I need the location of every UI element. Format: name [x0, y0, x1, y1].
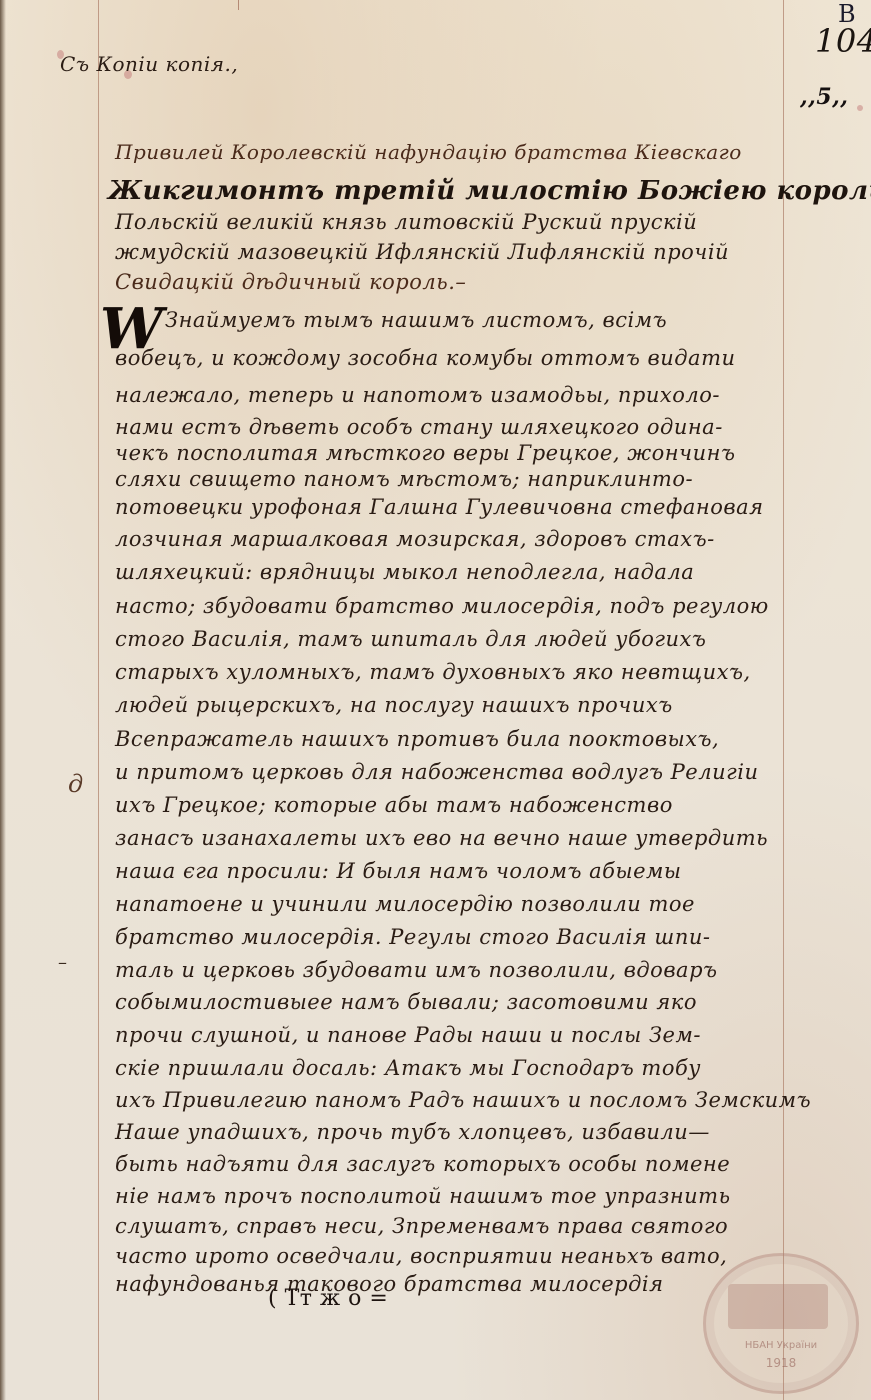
body-line: скіе пришлали досаль: Атакъ мы Господаръ…	[115, 1056, 701, 1080]
body-line: Наше упадшихъ, прочь тубъ хлопцевъ, изба…	[115, 1120, 710, 1144]
body-line: ихъ Грецкое; которые абы тамъ набоженств…	[115, 793, 673, 817]
body-line: вобецъ, и кождому зособна комубы оттомъ …	[115, 346, 736, 370]
copy-heading: Съ Копіи копія.,	[60, 52, 238, 76]
body-line: быть надъяти для заслугъ которыхъ особы …	[115, 1152, 730, 1176]
body-line: таль и церковь збудовати имъ позволили, …	[115, 958, 718, 982]
body-line: Жикгимонтъ третій милостію Божіею король	[108, 176, 871, 206]
ink-spot	[857, 105, 863, 111]
body-line: жмудскій мазовецкій Ифлянскій Лифлянскій…	[115, 240, 729, 264]
body-line: занасъ изанахалеты ихъ ево на вечно наше…	[115, 826, 768, 850]
top-margin-rule	[238, 0, 239, 10]
body-line: сляхи свището паномъ мѣстомъ; наприклинт…	[115, 467, 693, 491]
body-line: ихъ Привилегию паномъ Радъ нашихъ и посл…	[115, 1088, 811, 1112]
body-line: собымилостивыее намъ бывали; засотовими …	[115, 990, 697, 1014]
body-line: слушатъ, справъ неси, Зпременвамъ права …	[115, 1214, 728, 1238]
body-line: Свидацкій дѣдичный король.–	[115, 270, 466, 294]
body-line: и притомъ церковь для набоженства водлуг…	[115, 760, 759, 784]
body-line: стого Василія, тамъ шпиталь для людей уб…	[115, 627, 706, 651]
margin-dash: –	[58, 952, 68, 973]
body-line: належало, теперь и напотомъ изамодьы, пр…	[115, 383, 720, 407]
body-line: старыхъ хуломныхъ, тамъ духовныхъ яко не…	[115, 660, 751, 684]
body-line: лозчиная маршалковая мозирская, здоровъ …	[115, 527, 715, 551]
left-margin-rule	[98, 0, 99, 1400]
body-line: Знаймуемъ тымъ нашимъ листомъ, всімъ	[165, 308, 667, 332]
body-line: напатоене и учинили милосердію позволили…	[115, 892, 695, 916]
body-line: нафундованья такового братства милосерді…	[115, 1272, 664, 1296]
body-line: прочи слушной, и панове Рады наши и посл…	[115, 1023, 701, 1047]
library-stamp: НБАН України 1918	[703, 1253, 859, 1394]
body-line: насто; збудовати братство милосердія, по…	[115, 594, 769, 618]
folio-number: 104	[815, 22, 871, 60]
body-line: часто ирото осведчали, восприятии неаньх…	[115, 1244, 727, 1268]
margin-note: д	[68, 770, 84, 798]
body-line: ніе намъ прочъ посполитой нашимъ тое упр…	[115, 1184, 731, 1208]
body-line: Польскій великій князь литовскій Руский …	[115, 210, 697, 234]
body-line: наша єга просили: И быля намъ чоломъ абы…	[115, 859, 682, 883]
closing-mark: ( Тт ж о =	[268, 1286, 388, 1311]
stamp-year: 1918	[706, 1356, 856, 1370]
page-marker: ,,5,,	[800, 84, 848, 110]
manuscript-page: В 104 ,,5,, Съ Копіи копія., Привилей Ко…	[0, 0, 871, 1400]
body-line: чекъ посполитая мѣсткого веры Грецкое, ж…	[115, 441, 735, 465]
stamp-text: НБАН України	[706, 1340, 856, 1351]
right-margin-rule	[783, 0, 784, 1400]
title-line: Привилей Королевскій нафундацію братства…	[115, 140, 742, 164]
page-edge-shadow	[0, 0, 6, 1400]
body-line: шляхецкий: врядницы мыкол неподлегла, на…	[115, 560, 694, 584]
body-line: Всепражатель нашихъ противъ била пооктов…	[115, 727, 719, 751]
body-line: потовецки урофоная Галшна Гулевичовна ст…	[115, 495, 764, 519]
body-line: людей рыцерскихъ, на послугу нашихъ проч…	[115, 693, 673, 717]
body-line: нами естъ дѣветь особъ стану шляхецкого …	[115, 415, 723, 439]
book-icon	[728, 1284, 828, 1329]
body-line: братство милосердія. Регулы стого Василі…	[115, 925, 710, 949]
